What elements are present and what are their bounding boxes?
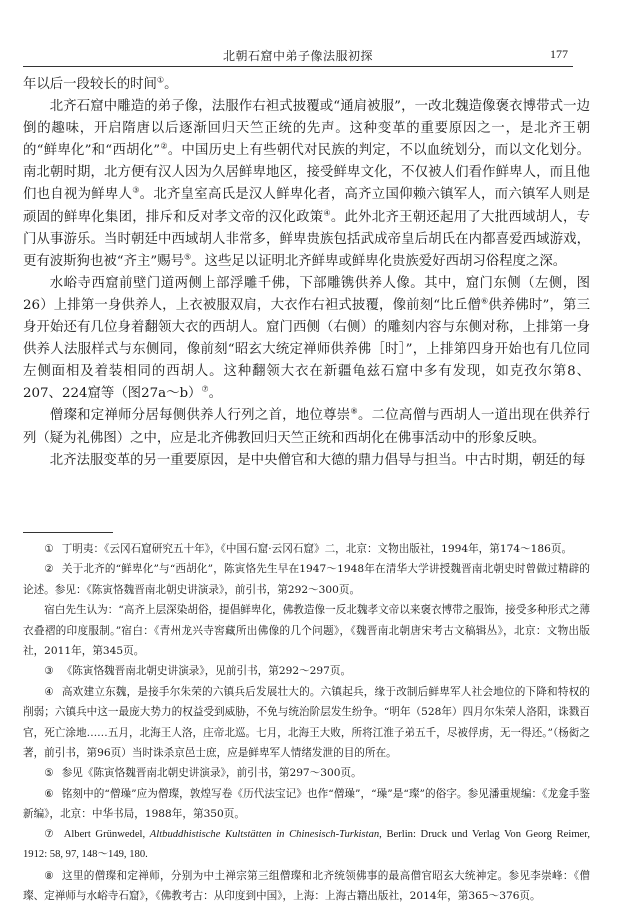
body-text: 年以后一段较长的时间①。 北齐石窟中雕造的弟子像，法服作右袒式披覆或“通肩被服”…: [23, 74, 590, 472]
header-rule: [23, 66, 573, 67]
footnote-2: ②关于北齐的“鲜卑化”与“西胡化”，陈寅恪先生早在1947～1948年在清华大学…: [23, 559, 590, 600]
book-page: 北朝石窟中弟子像法服初探 177 年以后一段较长的时间①。 北齐石窟中雕造的弟子…: [0, 0, 617, 904]
footnote-3: ③《陈寅恪魏晋南北朝史讲演录》，见前引书，第292～297页。: [23, 661, 590, 681]
paragraph-2: 北齐石窟中雕造的弟子像，法服作右袒式披覆或“通肩被服”，一改北魏造像褒衣博带式一…: [23, 96, 590, 273]
footnotes: ①丁明夷：《云冈石窟研究五十年》，《中国石窟·云冈石窟》二，北京：文物出版社，1…: [23, 539, 590, 904]
footnote-4: ④高欢建立东魏，是接手尔朱荣的六镇兵后发展壮大的。六镇起兵，缘于改制后鲜卑军人社…: [23, 682, 590, 764]
footnote-ref-8[interactable]: ⑧: [350, 407, 357, 416]
footnote-ref-2[interactable]: ②: [160, 142, 168, 151]
footnote-6: ⑥铭刻中的“僧璪”应为僧璨，敦煌写卷《历代法宝记》也作“僧璪”，“璪”是“璨”的…: [23, 784, 590, 825]
page-number: 177: [550, 47, 568, 62]
footnote-2-continued: 宿白先生认为：“高齐上层深染胡俗，提倡鲜卑化，佛教造像一反北魏孝文帝以来褒衣博带…: [23, 600, 590, 661]
footnote-ref-1[interactable]: ①: [157, 76, 164, 85]
paragraph-3: 水峪寺西窟前壁门道两侧上部浮雕千佛，下部雕镌供养人像。其中，窟门东侧（左侧，图2…: [23, 273, 590, 406]
footnote-rule: [23, 532, 113, 533]
paragraph-1: 年以后一段较长的时间①。: [23, 74, 590, 96]
paragraph-4: 僧璨和定禅师分居每侧供养人行列之首，地位尊崇⑧。二位高僧与西胡人一道出现在供养行…: [23, 405, 590, 449]
footnote-ref-4[interactable]: ④: [323, 208, 330, 217]
footnote-ref-3[interactable]: ③: [132, 186, 139, 195]
footnote-ref-7[interactable]: ⑦: [201, 385, 208, 394]
book-title-italic: Altbuddhistische Kultstätten in Chinesis…: [150, 829, 379, 840]
footnote-1: ①丁明夷：《云冈石窟研究五十年》，《中国石窟·云冈石窟》二，北京：文物出版社，1…: [23, 539, 590, 559]
footnote-5: ⑤参见《陈寅恪魏晋南北朝史讲演录》，前引书，第297～300页。: [23, 763, 590, 783]
running-title: 北朝石窟中弟子像法服初探: [23, 47, 573, 64]
paragraph-5: 北齐法服变革的另一重要原因，是中央僧官和大德的鼎力倡导与担当。中古时期，朝廷的每: [23, 450, 590, 472]
footnote-7: ⑦Albert Grünwedel, Altbuddhistische Kult…: [23, 825, 590, 866]
running-head: 北朝石窟中弟子像法服初探 177: [23, 45, 573, 65]
footnote-8: ⑧这里的僧璨和定禅师，分别为中土禅宗第三组僧璨和北齐统领佛事的最高僧官昭玄大统神…: [23, 866, 590, 904]
